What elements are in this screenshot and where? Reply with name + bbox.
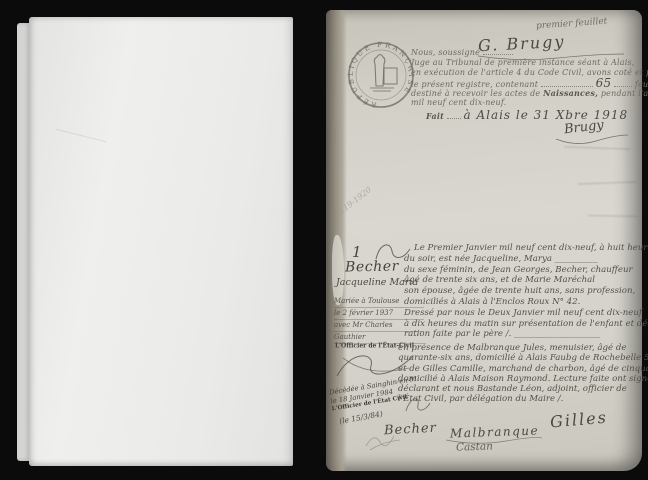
signature-witness-2: Gilles	[549, 408, 608, 432]
bleedthrough-mark	[588, 215, 638, 218]
right-register-page: RÉPUBLIQUE FRANÇAISE premier feuillet No…	[326, 10, 642, 471]
header-line-2: Juge au Tribunal de première instance sé…	[411, 58, 635, 68]
dotted-leader	[447, 111, 461, 119]
act-line: à dix heures du matin sur présentation d…	[404, 319, 644, 330]
birth-act-text: Le Premier Janvier mil neuf cent dix-neu…	[404, 243, 644, 340]
act-line: et de Gilles Camille, marchand de charbo…	[398, 364, 644, 374]
scanned-register-spread: RÉPUBLIQUE FRANÇAISE premier feuillet No…	[0, 0, 648, 480]
header-line-6: mil neuf cent dix-neuf.	[411, 98, 507, 108]
judge-signature-flourish	[554, 131, 630, 145]
naissances-label: Naissances,	[543, 88, 598, 98]
act-line: âgé de trente six ans, et de Marie Maréc…	[404, 275, 644, 286]
seal-text: RÉPUBLIQUE FRANÇAISE	[347, 41, 415, 109]
act-line: ration faite par le père ∕. ____________…	[404, 329, 644, 340]
corner-annotation: premier feuillet	[536, 17, 608, 32]
act-line: son épouse, âgée de trente huit ans, san…	[404, 286, 644, 297]
signature-father: Becher	[384, 421, 438, 439]
signature-underline-flourish	[444, 435, 544, 445]
dotted-leader	[541, 79, 593, 87]
witnesses-paragraph: en présence de Malbranque Jules, menuisi…	[398, 343, 644, 405]
paper-crease	[56, 129, 107, 143]
date-place-handwritten: à Alais le 31 Xbre 1918	[463, 108, 628, 122]
act-line: domicilié à Alais Maison Raymond. Lectur…	[398, 374, 644, 384]
svg-text:RÉPUBLIQUE FRANÇAISE: RÉPUBLIQUE FRANÇAISE	[347, 41, 415, 109]
act-line: Le Premier Janvier mil neuf cent dix-neu…	[404, 243, 644, 254]
act-line: en présence de Malbranque Jules, menuisi…	[398, 343, 644, 353]
header-line-5-pre: destiné à recevoir les actes de	[411, 89, 540, 98]
act-line: Dressé par nous le Deux Janvier mil neuf…	[404, 308, 644, 319]
header-line-5-post: pendant l'année	[601, 89, 648, 98]
act-line: du soir, est née Jacqueline, Marya _____…	[404, 254, 644, 265]
left-blank-page	[29, 17, 293, 466]
act-line: du sexe féminin, de Jean Georges, Becher…	[404, 265, 644, 276]
bleedthrough-mark	[564, 146, 630, 150]
bleedthrough-mark	[578, 181, 636, 185]
act-line: quarante-six ans, domicilié à Alais Faub…	[398, 353, 644, 363]
dotted-leader	[614, 79, 632, 87]
header-line-3: en exécution de l'article 4 du Code Civi…	[411, 68, 648, 78]
fait-label: Fait	[426, 111, 444, 121]
margin-child-surname: Becher	[345, 259, 399, 276]
act-line: l'État Civil, par délégation du Maire ∕.	[398, 394, 644, 404]
republique-francaise-seal-icon: RÉPUBLIQUE FRANÇAISE	[346, 40, 416, 110]
act-line: déclarant et nous Bastande Léon, adjoint…	[398, 384, 644, 394]
act-line: domiciliés à Alais à l'Enclos Roux N° 42…	[404, 297, 644, 308]
header-line-1-printed: Nous, soussigné	[411, 48, 480, 57]
tape-wear-mark	[332, 235, 344, 305]
